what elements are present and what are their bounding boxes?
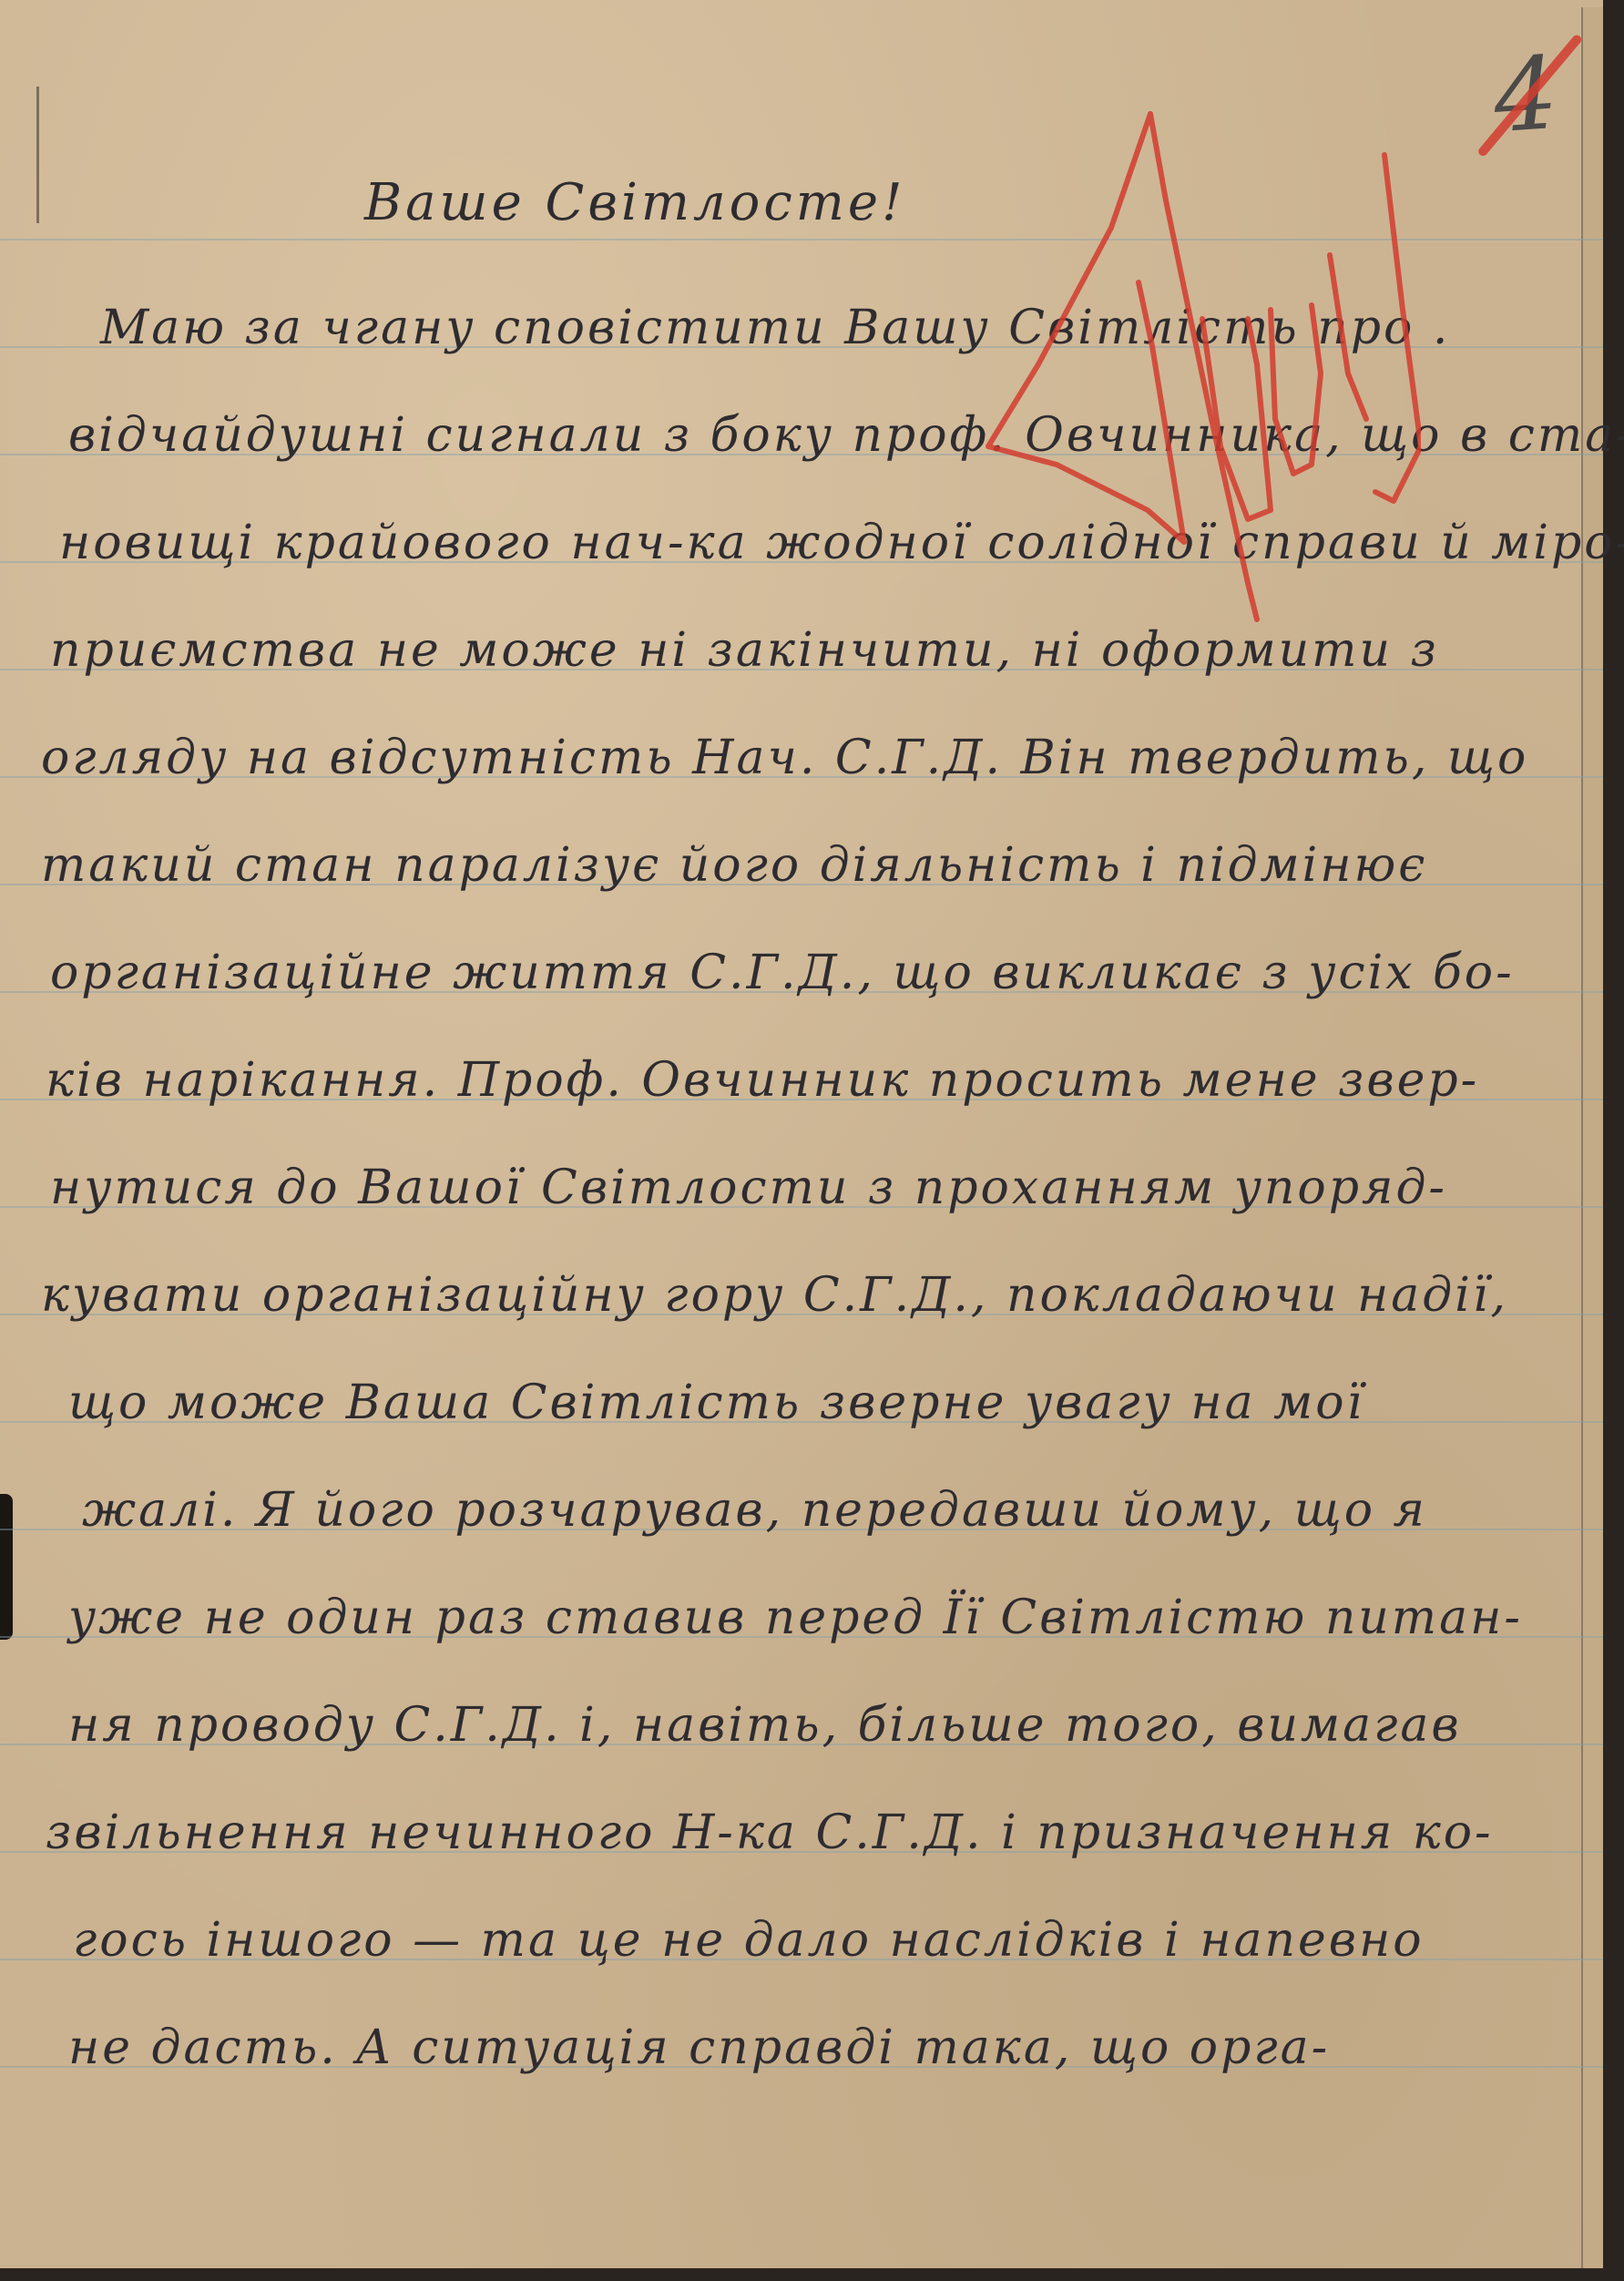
red-resolution-signature: [911, 73, 1421, 638]
salutation: Ваше Світлосте!: [364, 173, 905, 232]
text-line: такий стан паралізує його діяльність і п…: [0, 838, 1624, 893]
binding-mark: [36, 87, 39, 223]
text-line: звільнення нечинного Н-ка С.Г.Д. і призн…: [0, 1805, 1624, 1860]
text-line: жалі. Я його розчарував, передавши йому,…: [0, 1483, 1624, 1538]
text-line: ків нарікання. Проф. Овчинник просить ме…: [0, 1053, 1624, 1108]
text-line: огляду на відсутність Нач. С.Г.Д. Він тв…: [0, 731, 1624, 785]
text-line: ня проводу С.Г.Д. і, навіть, більше того…: [0, 1698, 1624, 1753]
text-line: кувати організаційну гору С.Г.Д., поклад…: [0, 1268, 1624, 1323]
text-line: не дасть. А ситуація справді така, що ор…: [0, 2020, 1624, 2075]
text-line: нутися до Вашої Світлости з проханням уп…: [0, 1161, 1624, 1215]
text-line: що може Ваша Світлість зверне увагу на м…: [0, 1376, 1624, 1430]
text-line: гось іншого — та це не дало наслідків і …: [0, 1913, 1624, 1968]
text-line: уже не один раз ставив перед Її Світліст…: [0, 1591, 1624, 1645]
document-page: 4 Ваше Світлосте! Маю за чгану сповістит…: [0, 0, 1603, 2268]
text-line: організаційне життя С.Г.Д., що викликає …: [0, 946, 1624, 1000]
